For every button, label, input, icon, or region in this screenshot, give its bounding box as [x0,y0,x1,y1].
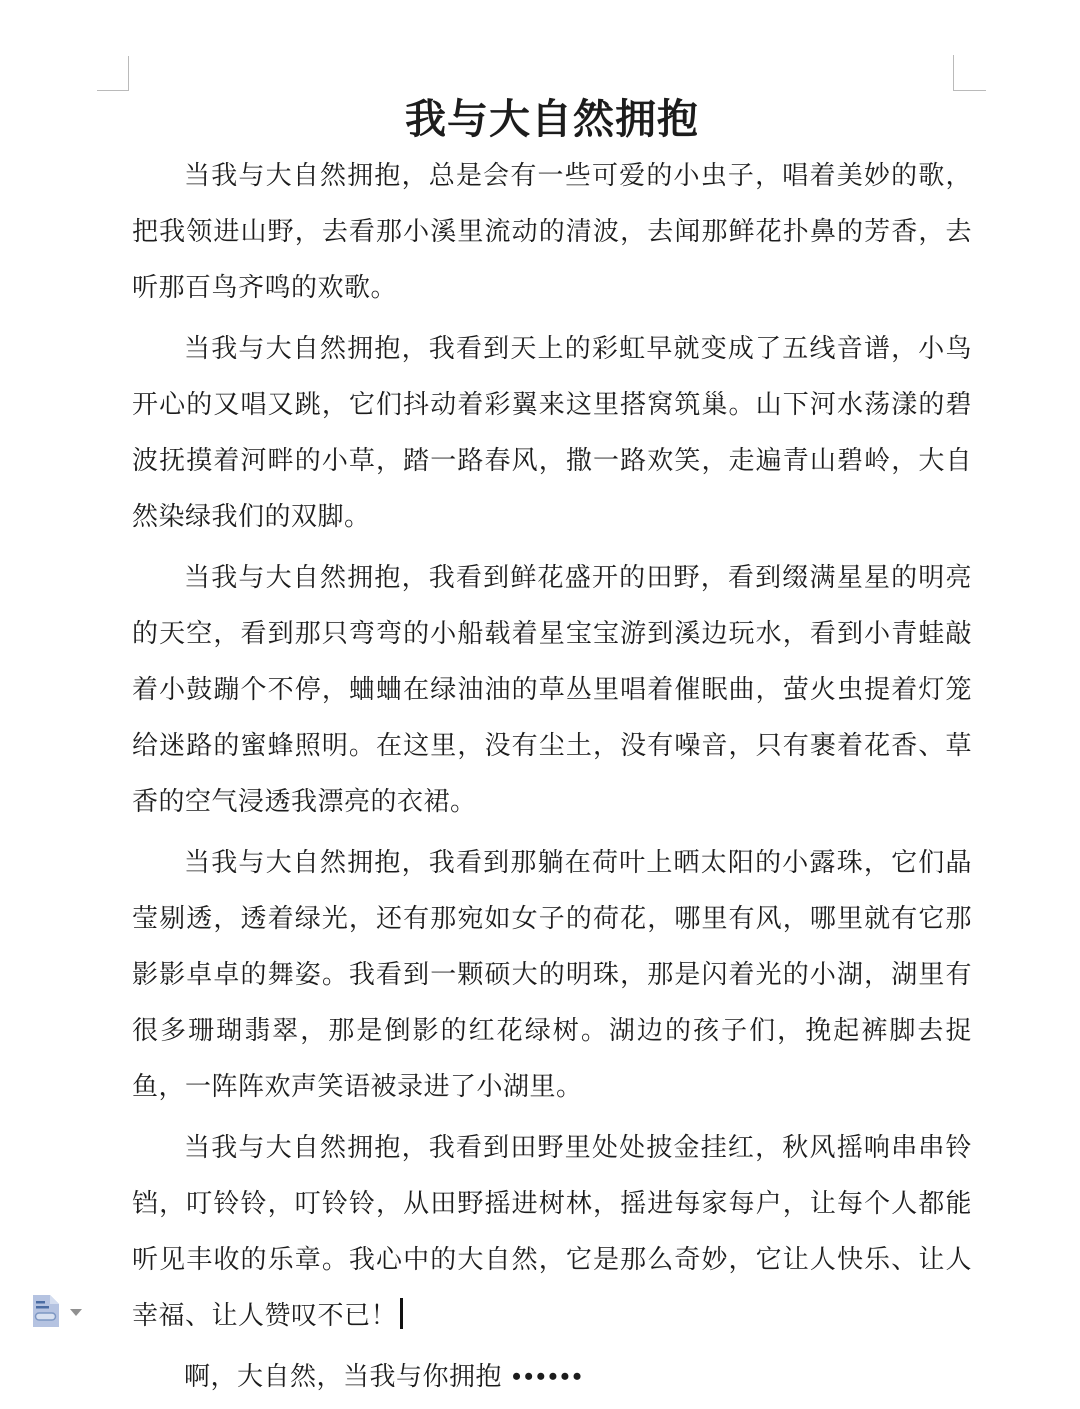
paragraph-text: 啊，大自然，当我与你拥抱 [184,1362,502,1391]
document-content: 我与大自然拥抱 当我与大自然拥抱，总是会有一些可爱的小虫子，唱着美妙的歌，把我领… [132,90,972,1409]
margin-cropmark-top-right [953,55,986,91]
paragraph-5: 当我与大自然拥抱，我看到田野里处处披金挂红，秋风摇响串串铃铛，叮铃铃，叮铃铃，从… [132,1120,972,1344]
paragraph-text: 当我与大自然拥抱，我看到那躺在荷叶上晒太阳的小露珠，它们晶莹剔透，透着绿光，还有… [132,848,972,1101]
text-cursor [400,1298,403,1329]
paste-document-icon [32,1294,60,1328]
paragraph-1: 当我与大自然拥抱，总是会有一些可爱的小虫子，唱着美妙的歌，把我领进山野，去看那小… [132,148,972,316]
document-title: 我与大自然拥抱 [132,90,972,148]
chevron-down-icon[interactable] [70,1309,82,1316]
ellipsis-dots: •••••• [512,1362,585,1391]
paste-options-button[interactable] [30,1291,88,1333]
paragraph-3: 当我与大自然拥抱，我看到鲜花盛开的田野，看到缀满星星的明亮的天空，看到那只弯弯的… [132,550,972,830]
margin-cropmark-top-left [97,56,129,91]
paragraph-text: 当我与大自然拥抱，我看到鲜花盛开的田野，看到缀满星星的明亮的天空，看到那只弯弯的… [132,563,972,816]
paragraph-text: 当我与大自然拥抱，总是会有一些可爱的小虫子，唱着美妙的歌，把我领进山野，去看那小… [132,161,972,302]
paragraph-2: 当我与大自然拥抱，我看到天上的彩虹早就变成了五线音谱，小鸟开心的又唱又跳，它们抖… [132,321,972,545]
paragraph-4: 当我与大自然拥抱，我看到那躺在荷叶上晒太阳的小露珠，它们晶莹剔透，透着绿光，还有… [132,835,972,1115]
paragraph-text: 当我与大自然拥抱，我看到天上的彩虹早就变成了五线音谱，小鸟开心的又唱又跳，它们抖… [132,334,972,531]
paragraph-text: 当我与大自然拥抱，我看到田野里处处披金挂红，秋风摇响串串铃铛，叮铃铃，叮铃铃，从… [132,1133,972,1330]
document-page: 我与大自然拥抱 当我与大自然拥抱，总是会有一些可爱的小虫子，唱着美妙的歌，把我领… [0,0,1080,1409]
paragraph-6: 啊，大自然，当我与你拥抱•••••• [132,1349,972,1405]
